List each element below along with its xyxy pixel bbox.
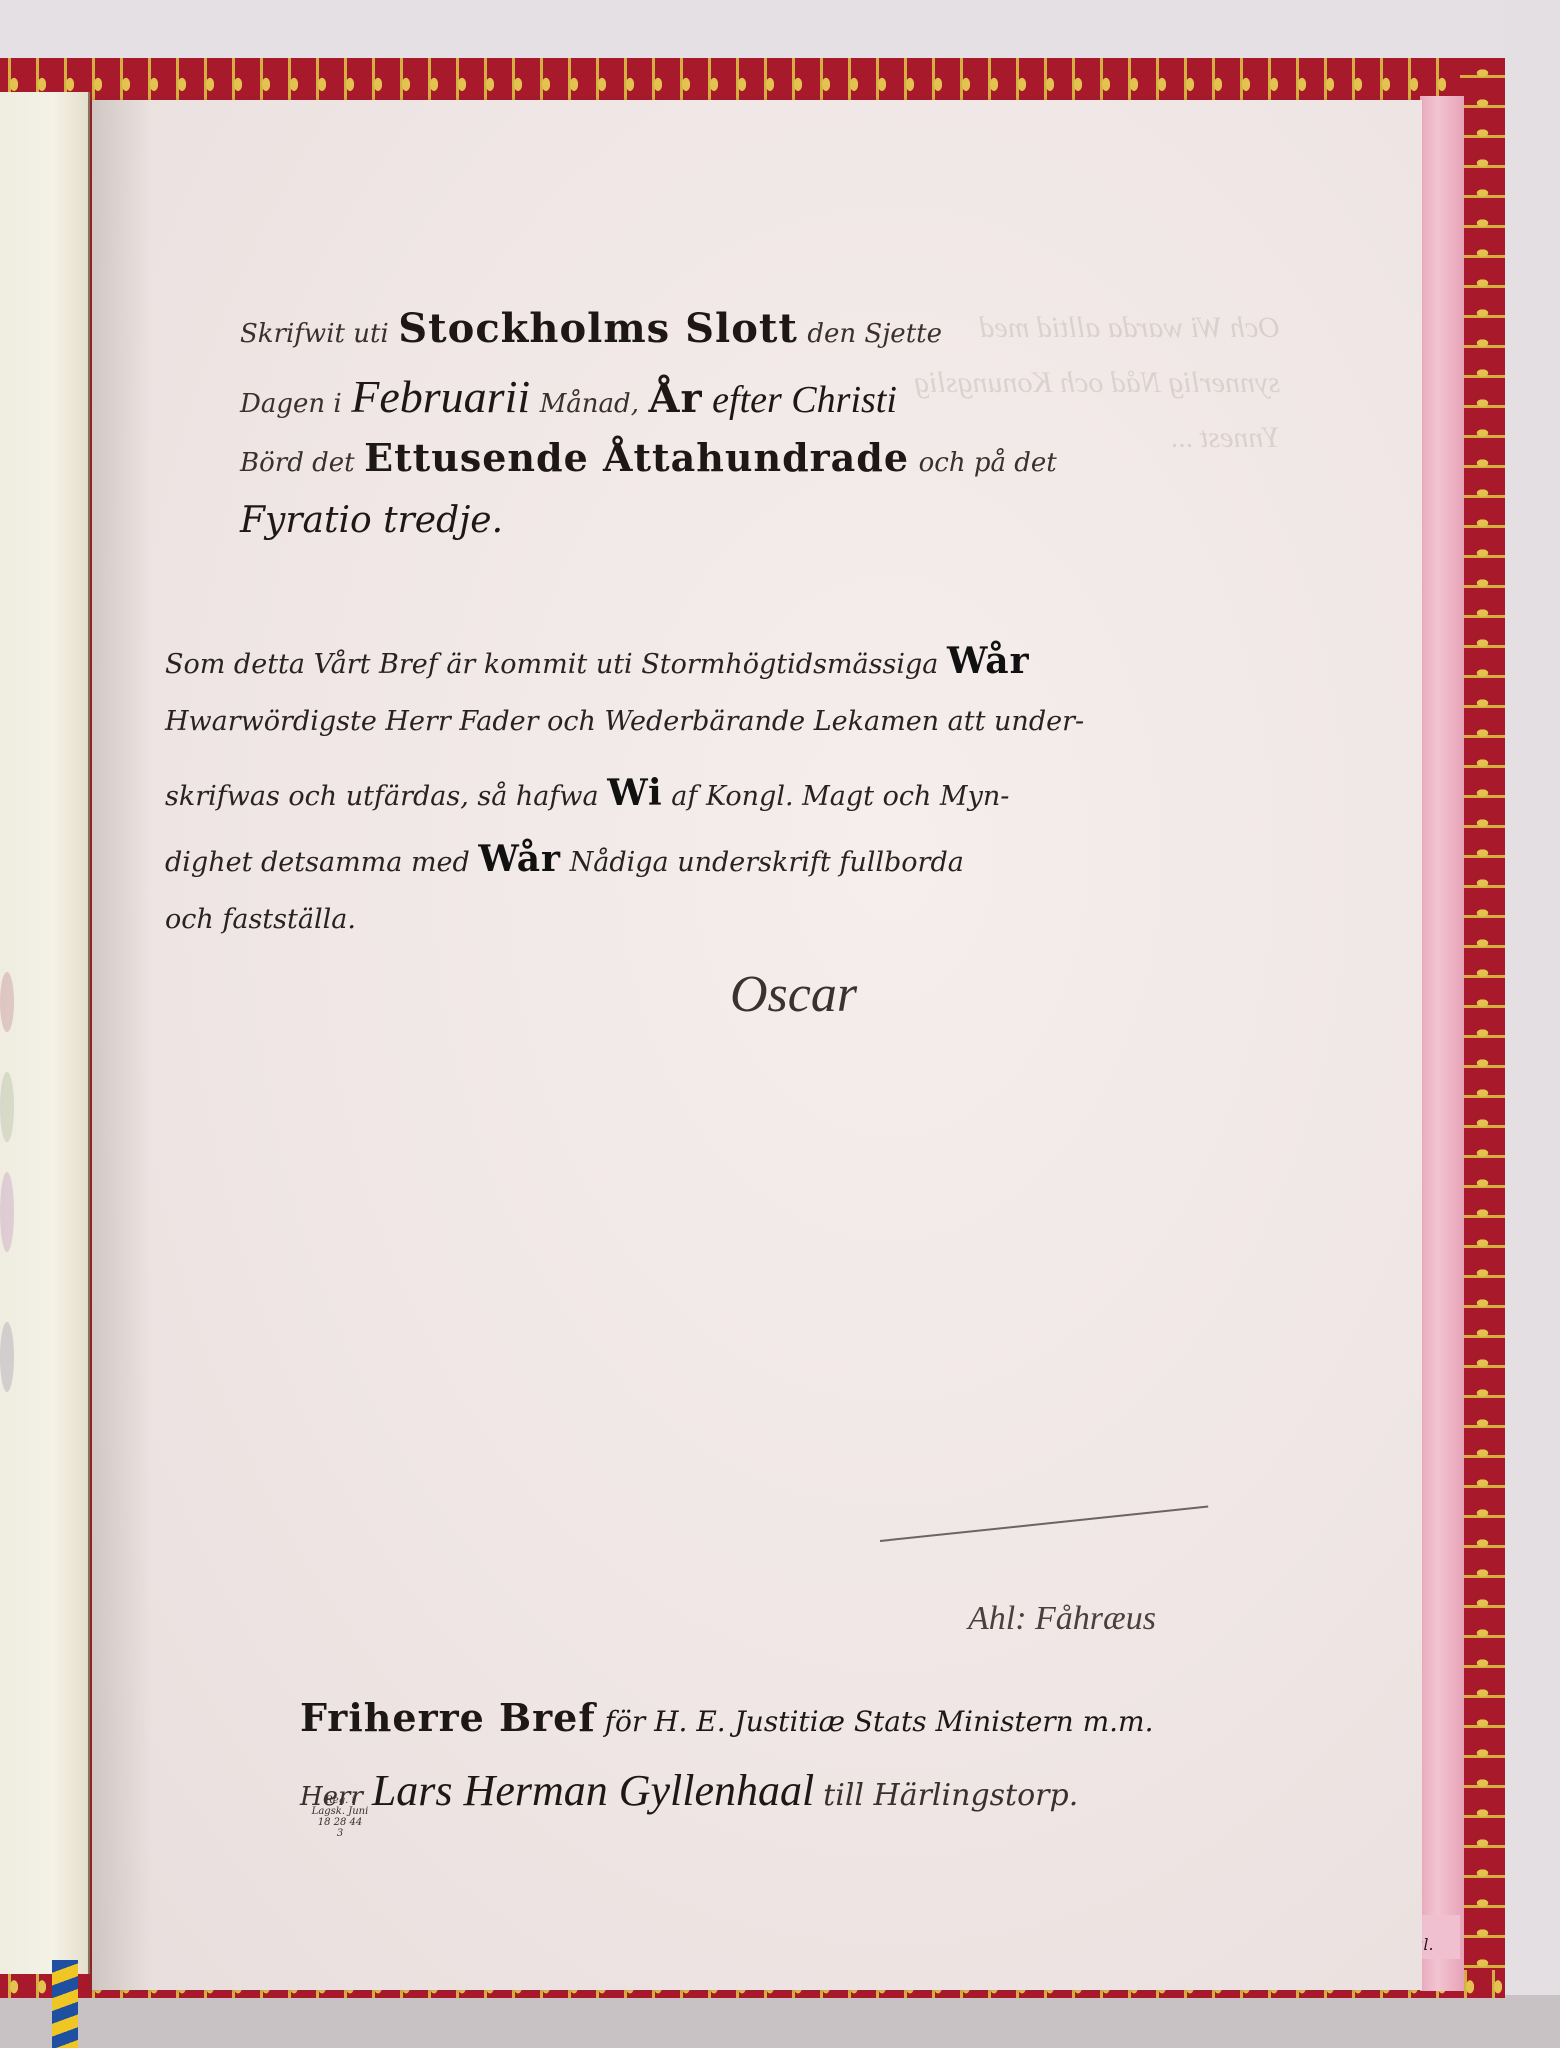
text-run: Skrifwit uti [240,319,389,349]
dating-line: Börd det Ettusende Åttahundrade och på d… [240,435,1057,495]
text-run: och fastställa. [165,904,356,935]
ribbon-bookmark[interactable] [52,1960,78,2048]
recipient-name: Lars Herman Gyllenhaal [372,1766,814,1815]
estate-name: till Härlingstorp. [823,1778,1078,1813]
text-run: Dagen i [240,389,342,419]
registry-note-line: Lagsk. Juni [305,1806,375,1817]
title-line: Friherre Bref för H. E. Justitiæ Stats M… [300,1695,1154,1765]
text-run: efter Christi [712,379,897,421]
seal-stain [0,1172,14,1252]
seal-stain [0,972,14,1032]
royal-signature: Oscar [730,965,857,1024]
body-line: dighet detsamma med Wår Nådiga underskri… [165,838,964,904]
gilt-border-right [1460,58,1505,1998]
body-line: Som detta Vårt Bref är kommit uti Stormh… [165,640,1030,706]
pink-silk-doublure [1420,96,1464,1991]
dating-line: Skrifwit uti Stockholms Slott den Sjette [240,305,942,365]
text-run: och på det [919,448,1057,478]
registry-note-line: 3 [305,1828,375,1839]
emphasis: Wår [478,838,561,880]
background-top [0,0,1560,58]
year-word: År [649,375,703,422]
gilt-border-top [0,58,1505,102]
year-text: Ettusende Åttahundrade [364,435,909,480]
body-clause: Som detta Vårt Bref är kommit uti Stormh… [165,640,1325,940]
text-run: för H. E. Justitiæ Stats Ministern m.m. [605,1705,1154,1738]
registry-note-line: Reg. i [305,1795,375,1806]
body-line: skrifwas och utfärdas, så hafwa Wi af Ko… [165,772,1009,838]
dating-clause: Skrifwit uti Stockholms Slott den Sjette… [240,305,1260,565]
text-run: Börd det [240,448,355,478]
text-run: dighet detsamma med [165,847,470,878]
seal-stain [0,1072,14,1142]
background-bottom [0,1995,1560,2048]
dating-line: Dagen i Februarii Månad, År efter Christ… [240,370,897,430]
text-run: Som detta Vårt Bref är kommit uti Stormh… [165,649,938,680]
document-title: Friherre Bref för H. E. Justitiæ Stats M… [300,1695,1200,1845]
gutter-shadow [92,100,152,1990]
body-line: och fastställa. [165,904,356,970]
seal-stain [0,1322,14,1392]
month-name: Februarii [351,371,530,422]
emphasis: Wår [947,640,1030,682]
registry-note: Reg. i Lagsk. Juni 18 28 44 3 [305,1795,375,1839]
text-run: Månad, [540,389,639,419]
title-emphasis: Friherre Bref [300,1695,596,1740]
text-run: af Kongl. Magt och Myn- [671,781,1009,812]
year-text: Fyratio tredje. [240,500,503,541]
text-run: Hwarwördigste Herr Fader och Wederbärand… [165,706,1084,737]
dating-line: Fyratio tredje. [240,500,503,560]
place-name: Stockholms Slott [398,305,798,352]
registry-note-line: 18 28 44 [305,1817,375,1828]
text-run: Nådiga underskrift fullborda [570,847,964,878]
title-line: Herr Lars Herman Gyllenhaal till Härling… [300,1765,1078,1835]
text-run: den Sjette [807,319,942,349]
body-line: Hwarwördigste Herr Fader och Wederbärand… [165,706,1084,772]
emphasis: Wi [607,772,662,814]
text-run: skrifwas och utfärdas, så hafwa [165,781,599,812]
countersignature: Ahl: Fåhræus [968,1600,1156,1638]
left-page-edge [0,92,90,1974]
background-right [1505,0,1560,2048]
